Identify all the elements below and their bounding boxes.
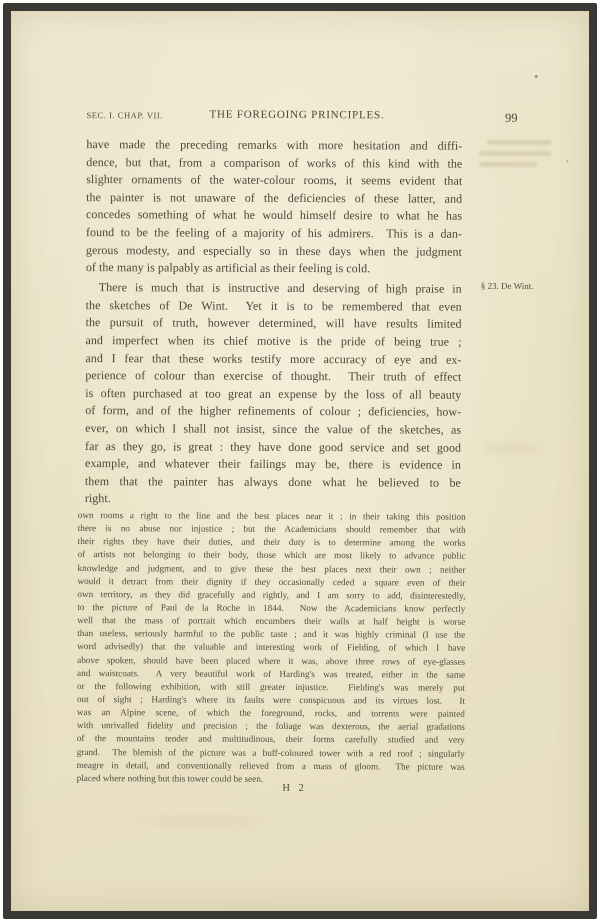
text-line: them that the painter has always done wh… (85, 473, 461, 492)
text-line: right. (85, 490, 461, 509)
text-line: of artists not belonging to their body, … (78, 548, 466, 563)
text-line: gerous modesty, and especially so in the… (86, 242, 462, 261)
book-page: SEC. I. CHAP. VII. THE FOREGOING PRINCIP… (11, 11, 589, 911)
text-line: word advisedly) that the valuable and in… (77, 640, 465, 655)
main-text-block: have made the preceding remarks with mor… (85, 136, 463, 512)
text-line: above spoken, should have been placed wh… (77, 654, 465, 669)
text-line: the painter is not unaware of the defici… (86, 189, 462, 208)
text-line: the pursuit of truth, however determined… (86, 315, 462, 334)
text-line: found to be the feeling of a majority of… (86, 224, 462, 243)
footnote-block: own rooms a right to the line and the be… (77, 509, 466, 787)
show-through-ghost-text (479, 140, 557, 173)
text-line: concedes something of what he would hims… (86, 206, 462, 225)
text-line: is often purchased at too great an expen… (85, 385, 461, 404)
text-line: have made the preceding remarks with mor… (86, 136, 462, 155)
text-line: ever, on which I shall not insist, since… (85, 420, 461, 439)
text-line: of the mountains tender and multitudinou… (77, 732, 465, 747)
text-line: grand. The blemish of the picture was a … (77, 746, 465, 761)
text-line: of the many is palpably as artificial as… (86, 259, 462, 278)
text-line: knowledge and judgment, and to give thes… (78, 562, 466, 577)
header-page-number: 99 (505, 111, 518, 126)
text-line: perience of colour than exercise of thou… (85, 367, 461, 386)
ghost-line (479, 151, 551, 156)
page-content: SEC. I. CHAP. VII. THE FOREGOING PRINCIP… (11, 11, 589, 911)
text-line: example, and whatever their failings may… (85, 455, 461, 474)
paper-smudge (481, 442, 541, 456)
paragraph-de-wint: There is much that is instructive and de… (85, 279, 462, 509)
fly-speck (566, 160, 568, 162)
paper-smudge (129, 815, 269, 826)
margin-note: § 23. De Wint. (481, 281, 586, 292)
text-line: the sketches of De Wint. Yet it is to be… (86, 297, 462, 316)
text-line: of form, and of the higher refinements o… (85, 402, 461, 421)
paragraph-continuation: have made the preceding remarks with mor… (86, 136, 463, 278)
ghost-line (487, 140, 551, 145)
ghost-line (479, 162, 537, 167)
text-line: slighter ornaments of the water-colour r… (86, 171, 462, 190)
text-line: There is much that is instructive and de… (86, 279, 462, 298)
text-line: dence, but that, from a comparison of wo… (86, 154, 462, 173)
signature-mark: H 2 (90, 782, 500, 795)
fly-speck (535, 75, 538, 78)
text-line: far as they go, is great : they have don… (85, 438, 461, 457)
page-header: SEC. I. CHAP. VII. THE FOREGOING PRINCIP… (86, 107, 517, 125)
text-line: and I fear that these works testify more… (85, 350, 461, 369)
scan-frame: SEC. I. CHAP. VII. THE FOREGOING PRINCIP… (3, 3, 597, 919)
text-line: and imperfect when its chief motive is t… (85, 332, 461, 351)
header-running-title: THE FOREGOING PRINCIPLES. (146, 108, 447, 121)
